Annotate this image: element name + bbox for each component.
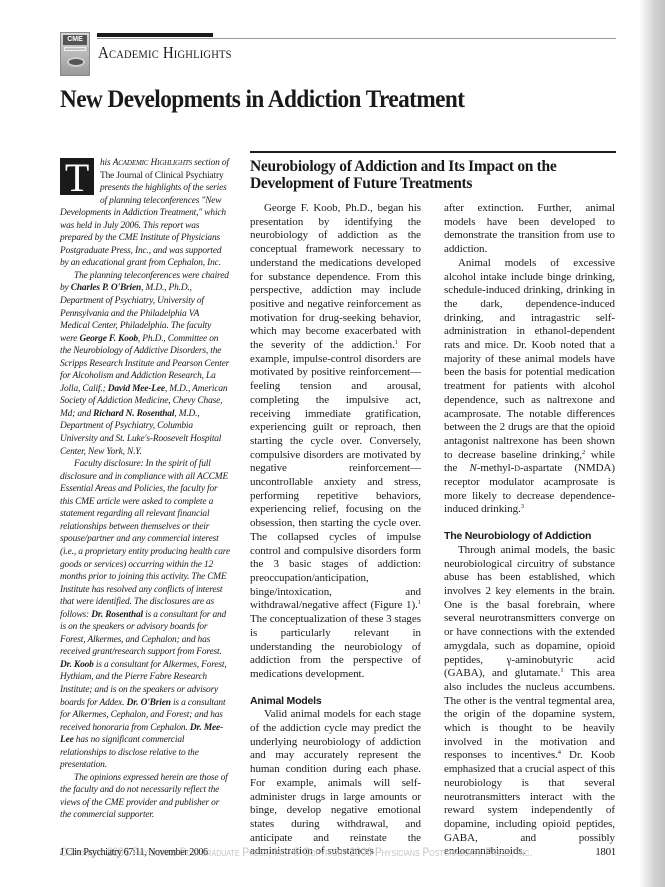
opinions-paragraph: The opinions expressed herein are those … — [60, 772, 230, 822]
header-rule-thick — [97, 33, 213, 37]
article-column-1: George F. Koob, Ph.D., began his present… — [250, 202, 421, 859]
page-edge-shadow — [639, 0, 665, 887]
cme-institute-logo: CME — [60, 32, 90, 76]
chair-name: Charles P. O'Brien — [71, 283, 141, 293]
journal-name: The Journal of Clinical Psychiatry — [100, 171, 224, 181]
body-paragraph: Valid animal models for each stage of th… — [250, 708, 421, 859]
disclosure-name: Dr. O'Brien — [127, 698, 171, 708]
faculty-paragraph: The planning teleconferences were chaire… — [60, 270, 230, 458]
section-label: Academic Highlights — [98, 43, 232, 63]
section-name-inline: Academic Highlights — [113, 158, 192, 168]
faculty-name: David Mee-Lee — [108, 384, 165, 394]
article-rule — [250, 151, 616, 153]
disclosure-paragraph: Faculty disclosure: In the spirit of ful… — [60, 458, 230, 772]
page-title: New Developments in Addiction Treatment — [60, 86, 464, 114]
page-number: 1801 — [595, 846, 616, 858]
body-paragraph: Through animal models, the basic neurobi… — [444, 544, 615, 859]
page-footer: Copyright 2006 Physicians Postgraduate P… — [60, 846, 616, 860]
body-paragraph: after extinction. Further, animal models… — [444, 202, 615, 257]
subheading-animal-models: Animal Models — [250, 695, 421, 709]
intro-sidebar: This Academic Highlights section of The … — [60, 157, 230, 822]
reference-marker: 3 — [521, 503, 524, 510]
body-paragraph: George F. Koob, Ph.D., began his present… — [250, 202, 421, 682]
intro-paragraph: This Academic Highlights section of The … — [60, 157, 230, 270]
drop-cap: T — [60, 158, 94, 195]
faculty-name: George F. Koob — [79, 334, 137, 344]
logo-text: CME — [63, 35, 87, 45]
faculty-name: Richard N. Rosenthal — [93, 409, 174, 419]
logo-subtext-box — [64, 47, 86, 51]
article-column-2: after extinction. Further, animal models… — [444, 202, 615, 859]
article-title: Neurobiology of Addiction and Its Impact… — [250, 158, 616, 192]
subheading-neurobiology: The Neurobiology of Addiction — [444, 530, 615, 544]
disclosure-name: Dr. Koob — [60, 660, 94, 670]
eye-icon — [67, 57, 85, 67]
disclosure-name: Dr. Rosenthal — [91, 610, 143, 620]
reference-marker: 1 — [418, 599, 421, 606]
section-header: CME Academic Highlights — [60, 32, 616, 78]
journal-citation: J Clin Psychiatry 67:11, November 2006 — [60, 846, 208, 858]
header-rule-thin — [97, 38, 616, 39]
body-paragraph: Animal models of excessive alcohol intak… — [444, 257, 615, 517]
